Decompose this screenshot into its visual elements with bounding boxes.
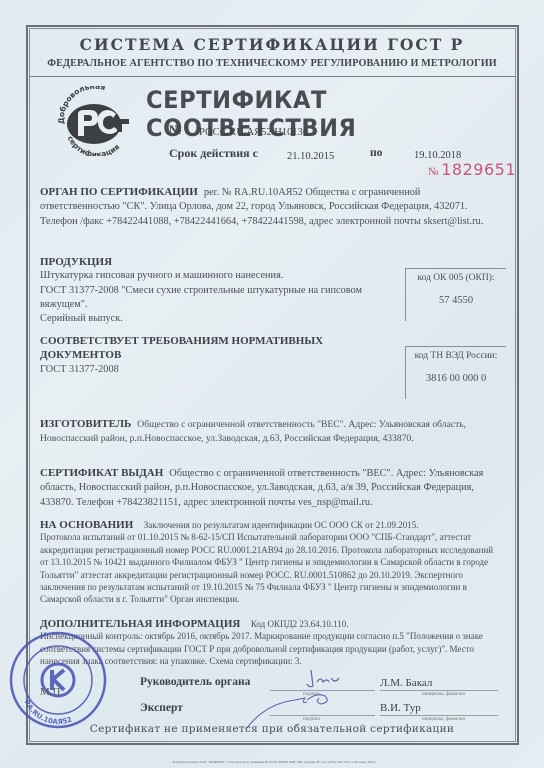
tnved-code-value: 3816 00 000 0	[406, 373, 506, 384]
rst-voluntary-certification-logo-icon: Добровольная сертификация	[56, 86, 134, 156]
certificate-number-label: №	[169, 122, 182, 138]
conformity-heading: СООТВЕТСТВУЕТ ТРЕБОВАНИЯМ НОРМАТИВНЫХ ДО…	[40, 334, 395, 363]
product-section: ПРОДУКЦИЯ Штукатурка гипсовая ручного и …	[40, 255, 395, 326]
printer-imprint: Бланк изготовлен ЗАО "ОПЦИОН", www.opcio…	[150, 760, 400, 764]
basis-heading: НА ОСНОВАНИИ	[40, 519, 133, 531]
certification-body-heading: ОРГАН ПО СЕРТИФИКАЦИИ	[40, 186, 198, 198]
head-of-body-name: Л.М. Бакал	[380, 677, 432, 689]
blank-serial-value: 1829651	[441, 160, 516, 179]
blank-serial-label: №	[428, 166, 439, 178]
validity-label: Срок действия с	[169, 146, 258, 161]
expert-label: Эксперт	[140, 702, 183, 714]
product-line: ГОСТ 31377-2008 "Смеси сухие строительны…	[40, 284, 395, 313]
blank-serial-number: № 1829651	[428, 160, 516, 179]
stamp-place-label: М.П.	[40, 686, 63, 698]
header-divider	[29, 76, 516, 77]
name-caption: инициалы, фамилия	[422, 717, 465, 722]
conformity-standard: ГОСТ 31377-2008	[40, 363, 395, 377]
okp-code-value: 57 4550	[406, 295, 506, 306]
federal-agency-name: ФЕДЕРАЛЬНОЕ АГЕНТСТВО ПО ТЕХНИЧЕСКОМУ РЕ…	[30, 58, 514, 69]
voluntary-certification-note: Сертификат не применяется при обязательн…	[30, 723, 514, 735]
okp-code-label: код ОК 005 (ОКП):	[406, 269, 506, 283]
issued-to-section: СЕРТИФИКАТ ВЫДАНОбщество с ограниченной …	[40, 466, 500, 510]
head-of-body-label: Руководитель органа	[140, 676, 250, 688]
product-heading: ПРОДУКЦИЯ	[40, 255, 395, 269]
certification-system-title: СИСТЕМА СЕРТИФИКАЦИИ ГОСТ Р	[30, 35, 514, 54]
organization-seal-stamp-icon: RA.RU.10АЯ52	[8, 630, 108, 730]
manufacturer-section: ИЗГОТОВИТЕЛЬОбщество с ограниченной отве…	[40, 417, 500, 447]
additional-info-section: ДОПОЛНИТЕЛЬНАЯ ИНФОРМАЦИЯ Код ОКПД2 23.6…	[40, 618, 500, 668]
expert-name-line	[380, 715, 498, 716]
valid-from-date: 21.10.2015	[287, 151, 334, 162]
product-line: Штукатурка гипсовая ручного и машинного …	[40, 269, 395, 283]
issued-to-heading: СЕРТИФИКАТ ВЫДАН	[40, 467, 163, 479]
manufacturer-heading: ИЗГОТОВИТЕЛЬ	[40, 418, 131, 430]
okpd2-code: Код ОКПД2 23.64.10.110.	[251, 619, 349, 629]
additional-info-heading: ДОПОЛНИТЕЛЬНАЯ ИНФОРМАЦИЯ	[40, 618, 240, 630]
okp-code-box: код ОК 005 (ОКП): 57 4550	[405, 268, 506, 321]
conformity-section: СООТВЕТСТВУЕТ ТРЕБОВАНИЯМ НОРМАТИВНЫХ ДО…	[40, 334, 395, 377]
head-name-line	[380, 690, 498, 691]
certification-body-section: ОРГАН ПО СЕРТИФИКАЦИИрег. № RA.RU.10АЯ52…	[40, 185, 500, 229]
basis-first-document: Заключения по результатам идентификации …	[144, 520, 419, 530]
expert-name: В.И. Тур	[380, 702, 421, 714]
certificate-number: РОСС RU.АЯ52.Н10130	[199, 127, 308, 138]
valid-to-label: по	[370, 147, 382, 159]
basis-documents: Протокола испытаний от 01.10.2015 № 8-62…	[40, 532, 493, 604]
basis-section: НА ОСНОВАНИИ Заключения по результатам и…	[40, 519, 500, 606]
tnved-code-label: код ТН ВЭД России:	[406, 347, 506, 361]
tnved-code-box: код ТН ВЭД России: 3816 00 000 0	[405, 346, 506, 399]
head-signature-icon	[305, 668, 345, 690]
name-caption: инициалы, фамилия	[422, 692, 465, 697]
product-line: Серийный выпуск.	[40, 312, 395, 326]
